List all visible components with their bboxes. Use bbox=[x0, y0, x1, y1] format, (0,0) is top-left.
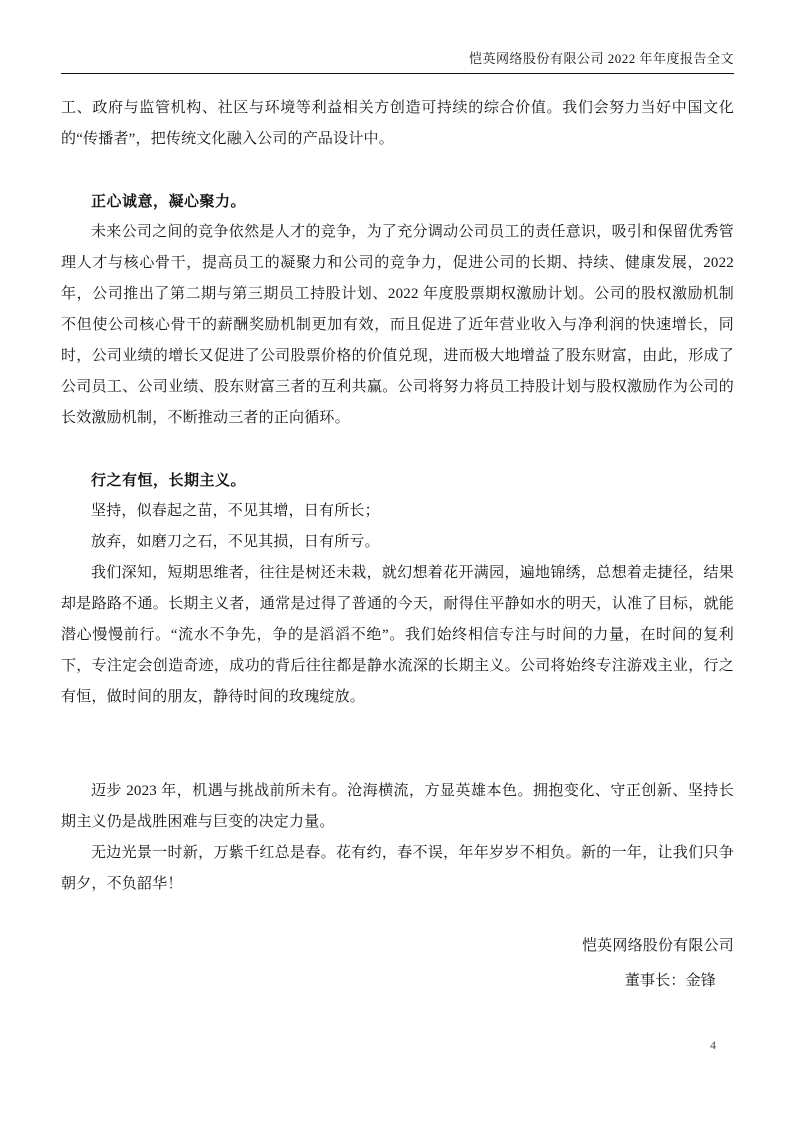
report-page: 恺英网络股份有限公司 2022 年年度报告全文 工、政府与监管机构、社区与环境等… bbox=[0, 0, 794, 1122]
document-body: 工、政府与监管机构、社区与环境等利益相关方创造可持续的综合价值。我们会努力当好中… bbox=[61, 93, 734, 997]
page-header: 恺英网络股份有限公司 2022 年年度报告全文 bbox=[61, 50, 734, 74]
paragraph-continuation: 工、政府与监管机构、社区与环境等利益相关方创造可持续的综合价值。我们会努力当好中… bbox=[61, 93, 734, 155]
section-heading-unity: 正心诚意，凝心聚力。 bbox=[61, 186, 734, 217]
signature-chairman: 董事长：金锋 bbox=[61, 966, 734, 997]
paragraph-talent-incentive: 未来公司之间的竞争依然是人才的竞争，为了充分调动公司员工的责任意识，吸引和保留优… bbox=[61, 217, 734, 434]
signature-company-name: 恺英网络股份有限公司 bbox=[61, 931, 734, 962]
page-header-title: 恺英网络股份有限公司 2022 年年度报告全文 bbox=[469, 51, 734, 66]
page-number: 4 bbox=[710, 1038, 716, 1053]
line-giving-up: 放弃，如磨刀之石，不见其损，日有所亏。 bbox=[61, 527, 734, 558]
paragraph-2023-outlook: 迈步 2023 年，机遇与挑战前所未有。沧海横流，方显英雄本色。拥抱变化、守正创… bbox=[61, 776, 734, 838]
paragraph-new-year-wish: 无边光景一时新，万紫千红总是春。花有约，春不误，年年岁岁不相负。新的一年，让我们… bbox=[61, 838, 734, 900]
section-heading-longterm: 行之有恒，长期主义。 bbox=[61, 465, 734, 496]
line-persistence: 坚持，似春起之苗，不见其增，日有所长； bbox=[61, 496, 734, 527]
paragraph-longterm-philosophy: 我们深知，短期思维者，往往是树还未栽，就幻想着花开满园，遍地锦绣，总想着走捷径，… bbox=[61, 558, 734, 713]
